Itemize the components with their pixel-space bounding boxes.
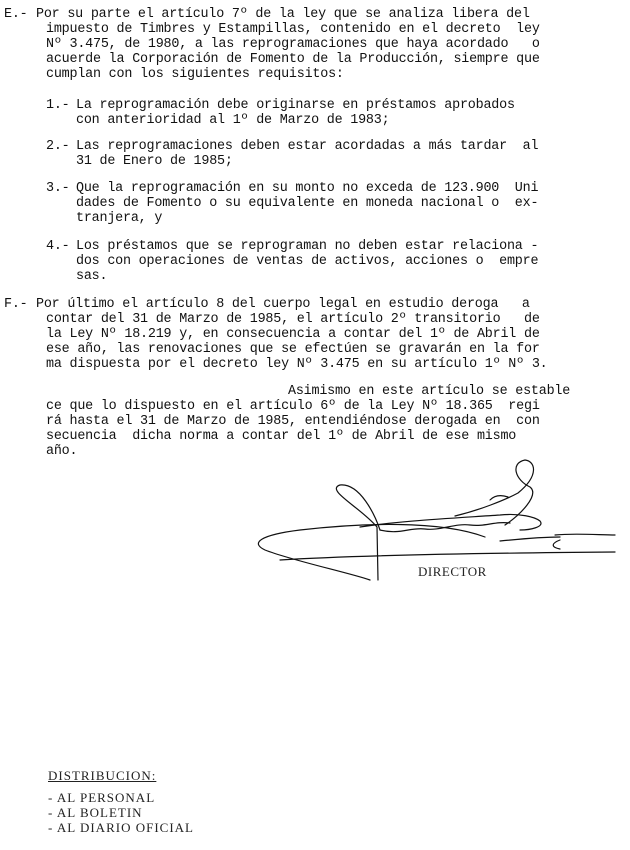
requirement-line: Los préstamos que se reprograman no debe… <box>76 239 538 254</box>
requirement-line: La reprogramación debe originarse en pré… <box>76 98 515 113</box>
closing-line: rá hasta el 31 de Marzo de 1985, entendi… <box>46 414 540 429</box>
requirement-line: Las reprogramaciones deben estar acordad… <box>76 139 538 154</box>
distribution-item: - AL BOLETIN <box>48 806 143 820</box>
requirement-line: dos con operaciones de ventas de activos… <box>76 254 538 269</box>
distribution-item: - AL DIARIO OFICIAL <box>48 821 194 835</box>
section-f-line: contar del 31 de Marzo de 1985, el artíc… <box>46 312 540 327</box>
requirement-line: Que la reprogramación en su monto no exc… <box>76 181 538 196</box>
closing-line: Asimismo en este artículo se estable <box>288 384 570 399</box>
section-e-line: Nº 3.475, de 1980, a las reprogramacione… <box>46 37 540 52</box>
requirement-1-label: 1.- <box>46 98 70 113</box>
section-e-line: impuesto de Timbres y Estampillas, conte… <box>46 22 540 37</box>
section-e-line: acuerde la Corporación de Fomento de la … <box>46 52 540 67</box>
section-e-line: cumplan con los siguientes requisitos: <box>46 67 344 82</box>
closing-line: secuencia dicha norma a contar del 1º de… <box>46 429 516 444</box>
distribution-heading: DISTRIBUCION: <box>48 769 156 783</box>
section-f-line: ma dispuesta por el decreto ley Nº 3.475… <box>46 357 547 372</box>
section-f-line: Por último el artículo 8 del cuerpo lega… <box>36 297 530 312</box>
requirement-2-label: 2.- <box>46 139 70 154</box>
distribution-item: - AL PERSONAL <box>48 791 155 805</box>
section-e-label: E.- <box>4 7 28 22</box>
section-f-label: F.- <box>4 297 28 312</box>
requirement-4-label: 4.- <box>46 239 70 254</box>
requirement-line: tranjera, y <box>76 211 162 226</box>
closing-line: ce que lo dispuesto en el artículo 6º de… <box>46 399 540 414</box>
requirement-line: 31 de Enero de 1985; <box>76 154 233 169</box>
closing-line: año. <box>46 444 77 459</box>
section-f-line: ese año, las renovaciones que se efectúe… <box>46 342 540 357</box>
section-e-line: Por su parte el artículo 7º de la ley qu… <box>36 7 530 22</box>
requirement-line: con anterioridad al 1º de Marzo de 1983; <box>76 113 389 128</box>
requirement-line: sas. <box>76 269 107 284</box>
requirement-3-label: 3.- <box>46 181 70 196</box>
requirement-line: dades de Fomento o su equivalente en mon… <box>76 196 538 211</box>
signature-title: DIRECTOR <box>418 565 487 579</box>
section-f-line: la Ley Nº 18.219 y, en consecuencia a co… <box>46 327 540 342</box>
